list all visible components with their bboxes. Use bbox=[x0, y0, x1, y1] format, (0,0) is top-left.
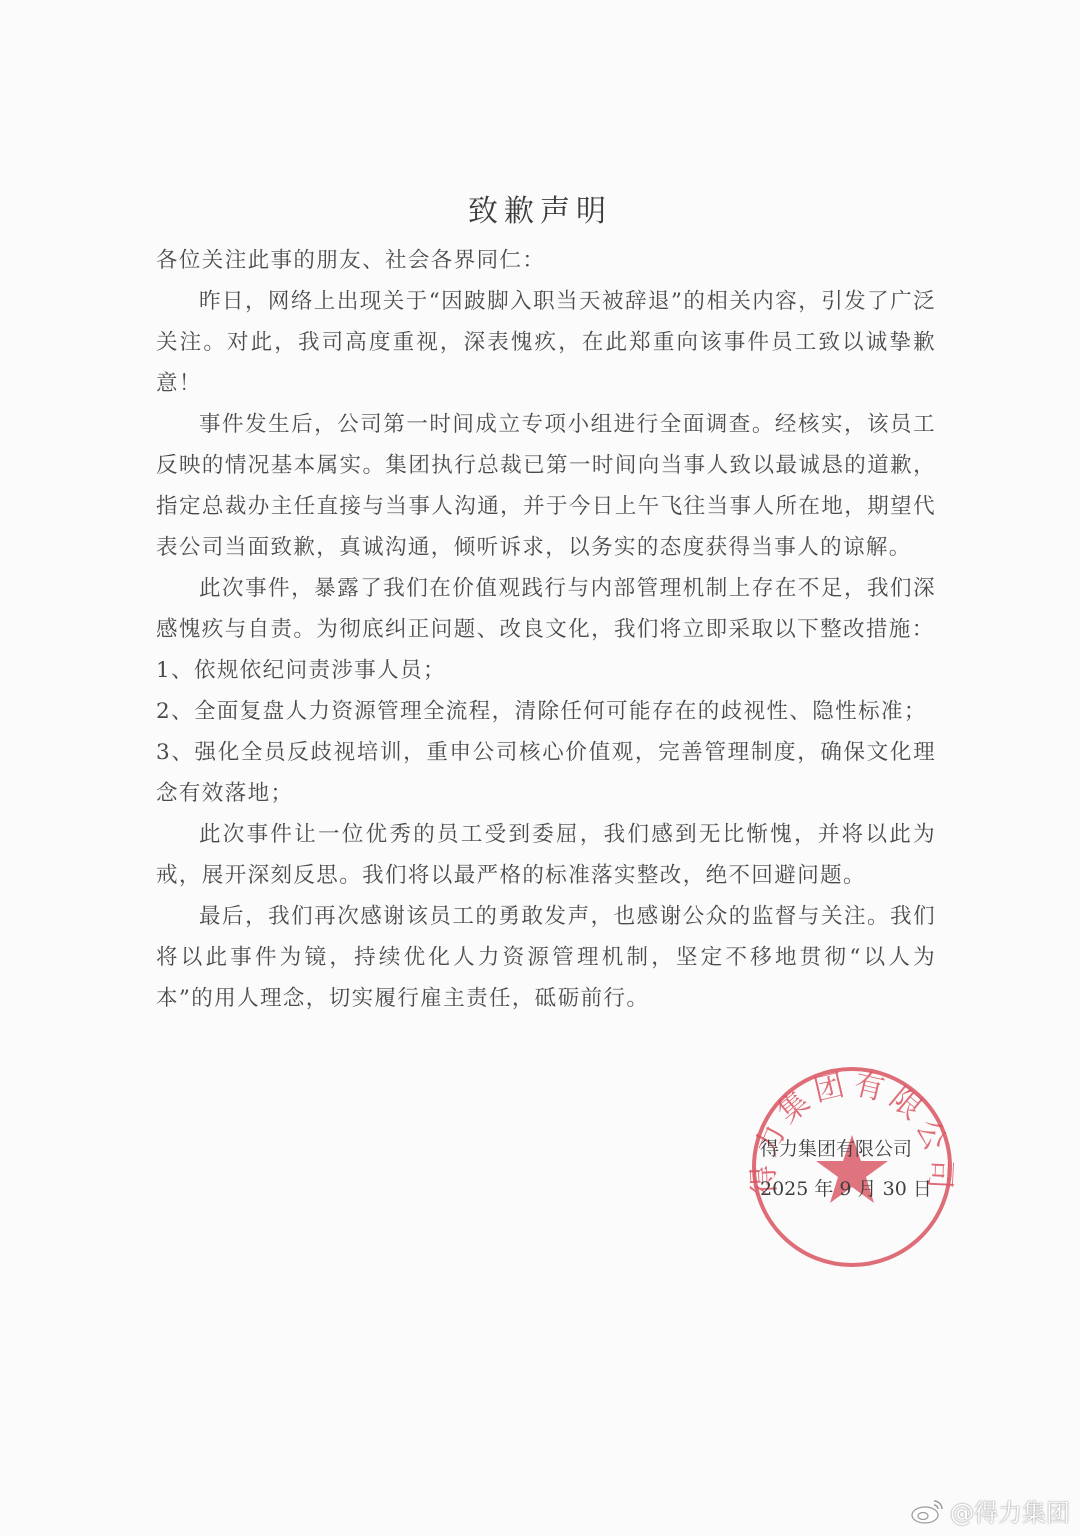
weibo-icon bbox=[910, 1497, 946, 1525]
measure-item: 1、依规依纪问责涉事人员； bbox=[156, 650, 936, 691]
measure-item: 2、全面复盘人力资源管理全流程，清除任何可能存在的歧视性、隐性标准； bbox=[156, 691, 936, 732]
paragraph: 此次事件，暴露了我们在价值观践行与内部管理机制上存在不足，我们深感愧疚与自责。为… bbox=[156, 568, 936, 650]
document-title: 致歉声明 bbox=[0, 186, 1080, 230]
watermark-text: @得力集团 bbox=[950, 1493, 1070, 1528]
paragraph: 事件发生后，公司第一时间成立专项小组进行全面调查。经核实，该员工反映的情况基本属… bbox=[156, 404, 936, 568]
paragraph: 昨日，网络上出现关于“因跛脚入职当天被辞退”的相关内容，引发了广泛关注。对此，我… bbox=[156, 281, 936, 404]
salutation: 各位关注此事的朋友、社会各界同仁： bbox=[156, 240, 936, 281]
document-body: 各位关注此事的朋友、社会各界同仁： 昨日，网络上出现关于“因跛脚入职当天被辞退”… bbox=[156, 240, 936, 1019]
paragraph: 此次事件让一位优秀的员工受到委屈，我们感到无比惭愧，并将以此为戒，展开深刻反思。… bbox=[156, 814, 936, 896]
measure-item: 3、强化全员反歧视培训，重申公司核心价值观，完善管理制度，确保文化理念有效落地； bbox=[156, 732, 936, 814]
signature-date: 2025 年 9 月 30 日 bbox=[760, 1169, 960, 1209]
paragraph: 最后，我们再次感谢该员工的勇敢发声，也感谢公众的监督与关注。我们将以此事件为镜，… bbox=[156, 896, 936, 1019]
signature-company: 得力集团有限公司 bbox=[760, 1129, 960, 1169]
signature-block: 得力集团有限公司 2025 年 9 月 30 日 bbox=[760, 1129, 960, 1209]
weibo-watermark: @得力集团 bbox=[910, 1493, 1070, 1528]
